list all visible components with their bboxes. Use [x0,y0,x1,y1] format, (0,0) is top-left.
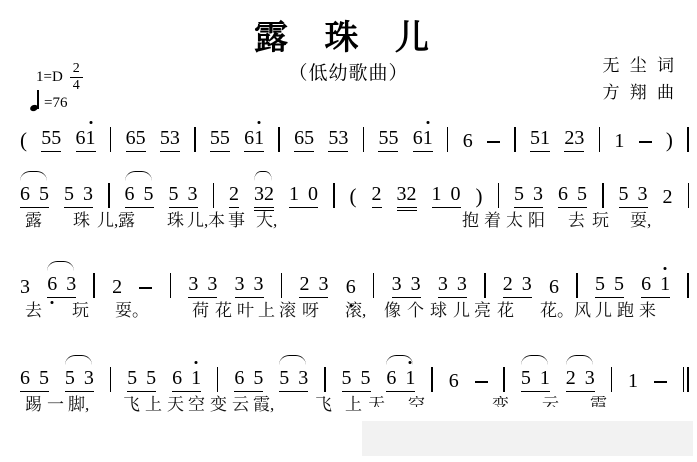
note-digit: 5 [41,127,51,149]
note-digits: 2 [663,186,673,208]
barline [503,367,505,392]
lyric-syllable: 花 [215,302,232,320]
barline [110,127,112,152]
note-digit: 5 [146,367,156,389]
note-digit: 3 [188,273,198,295]
note-digit: 5 [160,127,170,149]
note-digit: 5 [514,183,524,205]
barline [602,183,604,208]
lyric-syllable: 来 [639,302,656,320]
barline [278,127,280,152]
note-group: 53 [619,183,648,208]
barline [687,127,689,152]
note-digit: 5 [220,127,230,149]
lyric-syllable: 一 [47,396,64,414]
note-digit: 3 [83,183,93,205]
lyric-syllable: 儿 [595,302,612,320]
music-line: 6553556165535561651231踢一脚,飞上天空变云霞,飞上天空变云… [0,348,697,422]
lyric-syllable: 耍, [630,212,651,230]
barline [431,367,433,392]
note-group: 55 [41,127,61,152]
lyric-syllable: 个 [407,302,424,320]
barline [688,183,690,208]
note-digits: 3 [20,276,30,298]
lyric-syllable: 耍。 [115,302,149,320]
note-digit: 3 [457,273,467,295]
barline [373,273,375,298]
note-group: 33 [392,273,421,298]
lyric-syllable: 露 [118,212,135,230]
note-digit: 5 [388,127,398,149]
time-signature: 2 4 [70,62,83,93]
note-digits: 32 [397,183,417,208]
note-digit: 2 [112,276,122,298]
note-digits: 65 [294,127,314,152]
note-digit: 0 [308,183,318,205]
key-signature: 1=D [36,69,63,86]
note-group: 53 [65,367,94,392]
note-digit: 3 [397,183,407,205]
note-digit: 5 [64,183,74,205]
note-digit: 1 [423,127,433,149]
note-digits: 61 [244,127,264,152]
note-digit: 5 [614,273,624,295]
note-digit: 3 [585,367,595,389]
barline [498,183,500,208]
note-digit: 5 [65,367,75,389]
music-line: 3632333323633332365561去玩耍。荷花叶上滚呀滚,像个球儿亮花… [0,254,697,328]
lyric-syllable: 珠 [167,212,184,230]
barline [213,183,215,208]
note-digit: 5 [378,127,388,149]
note-digits: 6 [463,130,473,152]
note-digit: 2 [503,273,513,295]
note-group: 65 [126,127,146,152]
note-digit: 5 [595,273,605,295]
note-digits: 55 [127,367,156,392]
note-digit: 3 [638,183,648,205]
note-digit: 6 [244,127,254,149]
note-group: 61 [244,127,264,152]
note-digits: 55 [595,273,624,298]
note-digit: 1 [86,127,96,149]
note-digit: 5 [619,183,629,205]
note-digits: 65 [234,367,263,392]
note-digits: 6 [449,370,459,392]
note-digit: 6 [172,367,182,389]
lyric-syllable: 儿, [97,212,118,230]
lyric-syllable: 像 [384,302,401,320]
note-digit: 6 [47,273,57,295]
lyric-syllable: 天 [167,396,184,414]
lyric-syllable: 花 [497,302,514,320]
note-digits: 33 [392,273,421,298]
lyric-syllable: 上 [145,396,162,414]
barline [687,273,689,298]
note-digits: 53 [64,183,93,208]
barline [599,127,601,152]
note-group: 65 [558,183,587,208]
barline [611,367,613,392]
lyric-syllable: 空 [188,396,205,414]
note-digit: 6 [234,367,244,389]
lyric-syllable: 抱 [462,212,479,230]
note-digit: 6 [558,183,568,205]
note-digit: 2 [566,367,576,389]
note-digits: 10 [289,183,318,208]
barline [324,367,326,392]
note-digit: 5 [39,183,49,205]
lyric-syllable: 风 [574,302,591,320]
note-digit: 6 [20,367,30,389]
note-digit: 6 [463,130,473,152]
lyric-syllable: 踢 [25,396,42,414]
note-digits: 65 [20,183,49,208]
lyric-syllable: 飞 [123,396,140,414]
parenthesis-symbol: ) [476,184,483,208]
barline [333,183,335,208]
note-digits: 53 [65,367,94,392]
note-digit: 1 [254,127,264,149]
note-group: 2 [372,183,382,208]
note-digit: 5 [253,367,263,389]
note-group: 65 [20,183,49,208]
lyric-syllable: 儿 [453,302,470,320]
note-digit: 5 [361,367,371,389]
lyric-syllable: 珠 [73,212,90,230]
barline [514,127,516,152]
note-digit: 1 [191,367,201,389]
note-digit: 0 [451,183,461,205]
note-digit: 3 [254,183,264,205]
note-digit: 3 [318,273,328,295]
lyric-syllable: 跑 [617,302,634,320]
barline [108,183,110,208]
lyric-row: 踢一脚,飞上天空变云霞,飞上天空变云霞 [0,396,697,422]
music-row: (55616553556165535561651231) [0,108,697,152]
note-digits: 61 [641,273,670,298]
lyric-syllable: 荷 [192,302,209,320]
note-digit: 3 [235,273,245,295]
lyricist-credit: 无 尘 词 [603,52,678,79]
note-digit: 6 [449,370,459,392]
note-group: 61 [386,367,415,392]
barline [281,273,283,298]
note-group: 1 [614,130,624,152]
note-digits: 6 [346,276,356,298]
lyric-row: 露珠儿,露珠儿,本事大,抱着太阳去玩耍, [0,212,697,238]
barline [110,367,112,392]
note-digit: 1 [628,370,638,392]
lyric-syllable: 大, [256,212,277,230]
note-group: 6 [549,276,559,298]
lyric-syllable: 霞, [253,396,274,414]
note-digit: 5 [127,367,137,389]
note-digit: 5 [304,127,314,149]
lyric-syllable: 着 [484,212,501,230]
lyric-syllable: 飞 [315,396,332,414]
note-group: 53 [160,127,180,152]
note-group: 3 [20,276,30,298]
lyric-row: 去玩耍。荷花叶上滚呀滚,像个球儿亮花花。风儿跑来 [0,302,697,328]
music-line: (55616553556165535561651231) [0,108,697,152]
music-row: 6553655323210(23210)5365532 [0,164,697,208]
note-digit: 1 [540,367,550,389]
note-digit: 6 [549,276,559,298]
barline [194,127,196,152]
note-digits: 32 [254,183,274,208]
dash-symbol [475,381,488,383]
note-digits: 33 [438,273,467,298]
note-group: 33 [188,273,217,298]
final-barline [683,367,689,392]
note-digits: 23 [566,367,595,392]
dash-symbol [487,141,500,143]
parenthesis-symbol: ( [20,128,27,152]
note-group: 63 [47,273,76,298]
song-title: 露 珠 儿 [0,10,697,59]
note-digit: 6 [126,127,136,149]
note-digits: 53 [160,127,180,152]
note-digit: 3 [254,273,264,295]
time-denominator: 4 [73,79,80,93]
note-digit: 6 [413,127,423,149]
lyric-syllable: 太 [506,212,523,230]
note-digits: 2 [229,183,239,208]
lyric-syllable: 云 [232,396,249,414]
note-digits: 65 [125,183,154,208]
note-group: 23 [566,367,595,392]
lyric-syllable: 滚, [345,302,366,320]
note-group: 61 [413,127,433,152]
lyric-syllable: 叶 [237,302,254,320]
dash-symbol [139,287,152,289]
clipped-lyric-syllable: 天 [368,396,385,407]
note-group: 10 [289,183,318,208]
note-group: 32 [254,183,274,208]
note-digits: 53 [619,183,648,208]
note-group: 65 [20,367,49,392]
note-digit: 3 [438,273,448,295]
barline [576,273,578,298]
note-digit: 3 [207,273,217,295]
note-digits: 51 [530,127,550,152]
note-digit: 3 [170,127,180,149]
note-digit: 3 [298,367,308,389]
note-digit: 5 [577,183,587,205]
clipped-lyric-syllable: 空 [408,396,425,407]
note-group: 65 [294,127,314,152]
note-digit: 2 [407,183,417,205]
note-group: 55 [595,273,624,298]
note-digits: 33 [235,273,264,298]
note-digit: 5 [342,367,352,389]
note-group: 61 [172,367,201,392]
note-group: 33 [235,273,264,298]
sheet-music-page: 露 珠 儿 （低幼歌曲） 无 尘 词 方 翔 曲 1=D 2 4 =76 (55… [0,0,697,462]
dash-symbol [654,381,667,383]
note-digits: 55 [378,127,398,152]
note-group: 23 [564,127,584,152]
note-digits: 51 [521,367,550,392]
lyric-syllable: 脚, [68,396,89,414]
note-digit: 2 [663,186,673,208]
note-digits: 61 [386,367,415,392]
lyric-syllable: 事 [228,212,245,230]
barline [363,127,365,152]
lyric-syllable: 上 [345,396,362,414]
note-group: 55 [342,367,371,392]
note-digit: 3 [84,367,94,389]
barline [93,273,95,298]
note-digit: 6 [641,273,651,295]
note-digit: 3 [66,273,76,295]
note-digit: 5 [144,183,154,205]
lyric-syllable: 变 [210,396,227,414]
note-digit: 5 [39,367,49,389]
clipped-lyric-syllable: 云 [542,396,559,407]
key-time-signature: 1=D 2 4 [36,62,83,93]
lyric-syllable: 呀 [302,302,319,320]
note-digits: 23 [299,273,328,298]
lyric-syllable: 阳 [528,212,545,230]
parenthesis-symbol: ) [666,128,673,152]
note-digit: 2 [299,273,309,295]
note-group: 55 [127,367,156,392]
note-digits: 55 [210,127,230,152]
note-digit: 5 [521,367,531,389]
note-digits: 61 [413,127,433,152]
note-digits: 53 [279,367,308,392]
note-digit: 5 [328,127,338,149]
note-digits: 53 [169,183,198,208]
lyric-syllable: 儿, [187,212,208,230]
note-digit: 3 [533,183,543,205]
note-digit: 1 [660,273,670,295]
composer-credit: 方 翔 曲 [603,79,678,106]
note-digit: 1 [289,183,299,205]
music-row: 3632333323633332365561 [0,254,697,298]
note-group: 1 [628,370,638,392]
note-digits: 65 [126,127,146,152]
music-line: 6553655323210(23210)5365532露珠儿,露珠儿,本事大,抱… [0,164,697,238]
note-group: 33 [438,273,467,298]
lyric-syllable: 玩 [72,302,89,320]
note-digits: 63 [47,273,76,298]
note-digit: 1 [432,183,442,205]
dash-symbol [639,141,652,143]
lyric-syllable: 上 [258,302,275,320]
note-group: 53 [328,127,348,152]
note-digits: 61 [76,127,96,152]
note-digit: 6 [20,183,30,205]
note-group: 6 [346,276,356,298]
note-group: 53 [169,183,198,208]
note-digit: 1 [540,127,550,149]
note-group: 61 [641,273,670,298]
lyric-syllable: 球 [430,302,447,320]
note-digits: 65 [20,367,49,392]
note-digit: 1 [405,367,415,389]
note-digits: 2 [372,183,382,208]
note-digit: 3 [411,273,421,295]
note-digit: 5 [169,183,179,205]
credits: 无 尘 词 方 翔 曲 [603,52,678,106]
note-group: 2 [663,186,673,208]
note-digits: 1 [628,370,638,392]
note-digit: 6 [346,276,356,298]
note-digit: 5 [279,367,289,389]
note-group: 6 [449,370,459,392]
note-group: 6 [463,130,473,152]
note-group: 2 [229,183,239,208]
note-digits: 10 [432,183,461,208]
lyric-syllable: 花。 [540,302,574,320]
note-digit: 3 [522,273,532,295]
lyric-syllable: 亮 [474,302,491,320]
parenthesis-symbol: ( [350,184,357,208]
note-digits: 65 [558,183,587,208]
song-subtitle: （低幼歌曲） [0,58,697,85]
note-digits: 55 [41,127,61,152]
note-digit: 3 [392,273,402,295]
note-digit: 3 [338,127,348,149]
clipped-lyric-syllable: 霞 [590,396,607,407]
lyric-syllable: 露 [25,212,42,230]
note-digits: 33 [188,273,217,298]
note-group: 55 [378,127,398,152]
note-group: 10 [432,183,461,208]
time-numerator: 2 [73,62,80,76]
note-digit: 5 [530,127,540,149]
note-group: 53 [279,367,308,392]
note-group: 55 [210,127,230,152]
note-digits: 6 [549,276,559,298]
note-group: 51 [521,367,550,392]
note-digits: 23 [564,127,584,152]
lyric-syllable: 去 [568,212,585,230]
note-digits: 61 [172,367,201,392]
note-digits: 53 [514,183,543,208]
note-digit: 3 [188,183,198,205]
note-digits: 53 [328,127,348,152]
note-group: 53 [64,183,93,208]
note-group: 61 [76,127,96,152]
note-digits: 1 [614,130,624,152]
note-digit: 6 [125,183,135,205]
note-digits: 55 [342,367,371,392]
note-group: 23 [503,273,532,298]
lyric-syllable: 去 [25,302,42,320]
note-group: 2 [112,276,122,298]
note-digit: 5 [210,127,220,149]
lyric-syllable: 本 [208,212,225,230]
note-digit: 6 [386,367,396,389]
music-row: 6553556165535561651231 [0,348,697,392]
clipped-lyric-syllable: 变 [492,396,509,407]
note-digit: 5 [51,127,61,149]
note-digit: 1 [614,130,624,152]
note-digit: 2 [229,183,239,205]
barline [170,273,172,298]
note-group: 51 [530,127,550,152]
note-group: 65 [234,367,263,392]
note-digit: 2 [372,183,382,205]
lyric-syllable: 玩 [592,212,609,230]
barline [484,273,486,298]
note-digit: 6 [294,127,304,149]
note-group: 65 [125,183,154,208]
